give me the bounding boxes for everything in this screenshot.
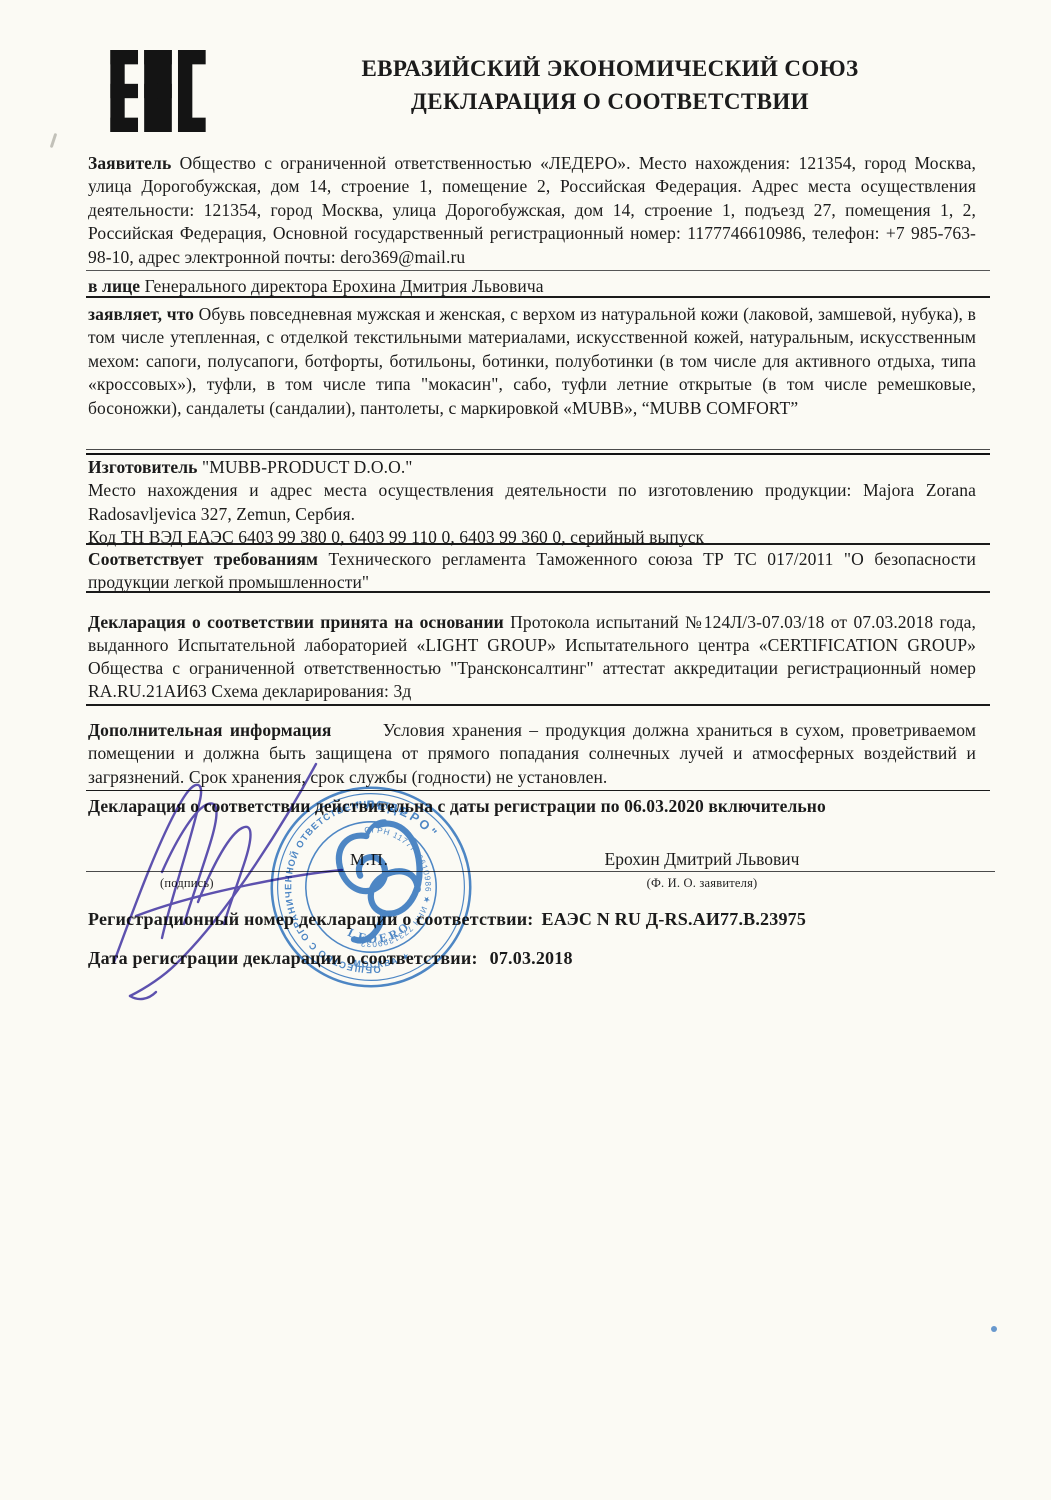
divider <box>86 704 990 706</box>
manufacturer-tnved: Код ТН ВЭД ЕАЭС 6403 99 380 0, 6403 99 1… <box>88 526 976 549</box>
signatory-caption: (Ф. И. О. заявителя) <box>560 876 844 891</box>
divider <box>86 296 990 298</box>
scan-artifact-mark <box>50 133 57 148</box>
title-line-1: ЕВРАЗИЙСКИЙ ЭКОНОМИЧЕСКИЙ СОЮЗ <box>240 52 980 85</box>
divider <box>86 543 990 545</box>
manufacturer-address: Место нахождения и адрес места осуществл… <box>88 479 976 526</box>
divider <box>86 270 990 271</box>
manufacturer-label: Изготовитель <box>88 457 198 477</box>
section-compliance: Соответствует требованиям Технического р… <box>88 548 976 595</box>
document-title: ЕВРАЗИЙСКИЙ ЭКОНОМИЧЕСКИЙ СОЮЗ ДЕКЛАРАЦИ… <box>240 52 980 118</box>
section-representative: в лице Генерального директора Ерохина Дм… <box>88 275 976 298</box>
section-basis: Декларация о соответствии принята на осн… <box>88 611 976 703</box>
applicant-text: Общество с ограниченной ответственностью… <box>88 153 976 267</box>
declaration-scan-page: { "header": { "logo_mark": "EAC", "title… <box>0 0 1051 1500</box>
divider-double <box>86 449 990 455</box>
scan-artifact-dot <box>991 1326 997 1332</box>
title-line-2: ДЕКЛАРАЦИЯ О СООТВЕТСТВИИ <box>240 85 980 118</box>
section-applicant: Заявитель Общество с ограниченной ответс… <box>88 152 976 269</box>
manufacturer-name-line: Изготовитель "MUBB-PRODUCT D.O.O." <box>88 456 976 479</box>
declares-text: Обувь повседневная мужская и женская, с … <box>88 304 976 418</box>
representative-text: Генерального директора Ерохина Дмитрия Л… <box>145 276 544 296</box>
basis-label: Декларация о соответствии принята на осн… <box>88 612 504 632</box>
registration-number-value: ЕАЭС N RU Д-RS.АИ77.В.23975 <box>534 909 807 929</box>
signature-stroke <box>114 785 201 962</box>
representative-label: в лице <box>88 276 140 296</box>
divider <box>86 591 990 593</box>
compliance-label: Соответствует требованиям <box>88 549 318 569</box>
applicant-label: Заявитель <box>88 153 171 173</box>
manufacturer-name: "MUBB-PRODUCT D.O.O." <box>202 457 413 477</box>
additional-label: Дополнительная информация <box>88 720 376 740</box>
signature-stroke <box>130 764 316 996</box>
signatory-name: Ерохин Дмитрий Львович <box>560 849 844 870</box>
registration-date-value: 07.03.2018 <box>478 948 573 968</box>
handwritten-signature <box>78 752 362 1004</box>
section-declares: заявляет, что Обувь повседневная мужская… <box>88 303 976 420</box>
section-manufacturer: Изготовитель "MUBB-PRODUCT D.O.O." Место… <box>88 456 976 550</box>
eac-mark-icon <box>110 50 206 132</box>
declares-label: заявляет, что <box>88 304 194 324</box>
